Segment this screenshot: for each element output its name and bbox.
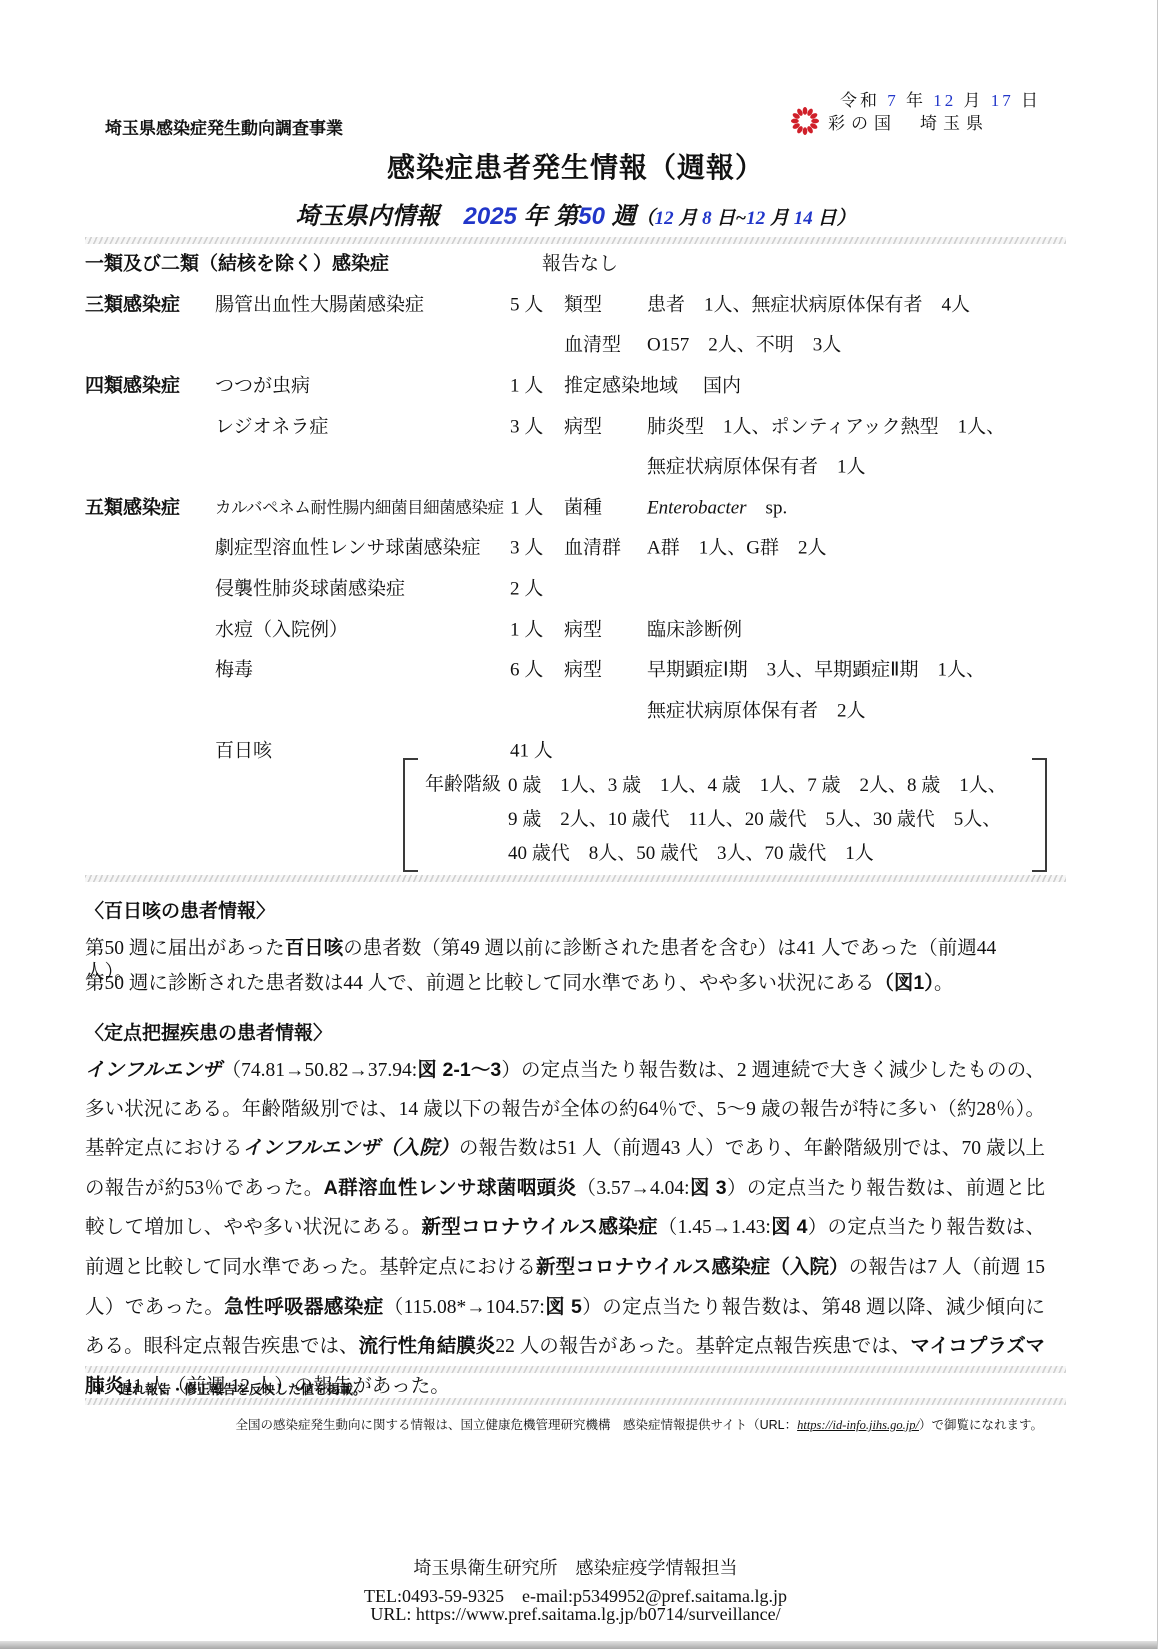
table-row: 侵襲性肺炎球菌感染症 2 人 bbox=[85, 567, 1065, 608]
text-seg: （115.08*→104.57: bbox=[384, 1297, 545, 1318]
type-label-cell: 類型 bbox=[564, 289, 602, 316]
subtitle-year-unit: 年 第 bbox=[517, 203, 578, 230]
count-cell: 6 人 bbox=[510, 655, 543, 682]
text-seg: （74.81→50.82→37.94: bbox=[222, 1060, 418, 1081]
disease-cell: つつが虫病 bbox=[215, 371, 310, 398]
subtitle-region: 埼玉県内情報 bbox=[296, 203, 464, 230]
text-seg: 22 人の報告があった。基幹定点報告疾患では、 bbox=[495, 1336, 910, 1357]
period-seg: 日~ bbox=[712, 208, 747, 229]
disease-cell: 水痘（入院例） bbox=[215, 614, 348, 641]
detail-cell: 臨床診断例 bbox=[647, 614, 742, 641]
table-row: 一類及び二類（結核を除く）感染症 報告なし bbox=[85, 242, 1065, 283]
count-cell: 1 人 bbox=[510, 371, 543, 398]
disease-cell: 腸管出血性大腸菌感染症 bbox=[215, 289, 424, 316]
table-row: 劇症型溶血性レンサ球菌感染症 3 人 血清群 A群 1人、G群 2人 bbox=[85, 526, 1065, 567]
count-cell: 報告なし bbox=[542, 249, 618, 276]
period-seg: 8 bbox=[702, 208, 712, 229]
text-seg: ）で御覧になれます。 bbox=[919, 1418, 1043, 1432]
disease-cell: カルバペネム耐性腸内細菌目細菌感染症 bbox=[215, 494, 504, 518]
figure-ref: 図 5 bbox=[545, 1296, 582, 1318]
count-cell: 3 人 bbox=[510, 411, 543, 438]
age-class-lines: 0 歳 1人、3 歳 1人、4 歳 1人、7 歳 2人、8 歳 1人、 9 歳 … bbox=[508, 769, 1007, 871]
disease-name: 急性呼吸器感染症 bbox=[224, 1296, 383, 1318]
table-row: 無症状病原体保有者 2人 bbox=[85, 689, 1065, 730]
detail-cell: 無症状病原体保有者 1人 bbox=[647, 452, 866, 479]
category-cell: 四類感染症 bbox=[85, 371, 180, 398]
detail-cell: Enterobacter sp. bbox=[647, 492, 787, 519]
count-cell: 2 人 bbox=[510, 574, 543, 601]
type-label-cell: 菌種 bbox=[564, 492, 602, 519]
sentinel-paragraph: インフルエンザ（74.81→50.82→37.94:図 2-1～3）の定点当たり… bbox=[85, 1051, 1045, 1406]
notifiable-disease-table: 一類及び二類（結核を除く）感染症 報告なし 三類感染症 腸管出血性大腸菌感染症 … bbox=[85, 242, 1065, 770]
species-name: Enterobacter bbox=[647, 497, 747, 518]
species-suffix: sp. bbox=[747, 497, 788, 518]
table-row: 梅毒 6 人 病型 早期顕症Ⅰ期 3人、早期顕症Ⅱ期 1人、 bbox=[85, 648, 1065, 689]
count-cell: 1 人 bbox=[510, 614, 543, 641]
asterisk-footnote: ＊ 遅れ報告・修正報告を反映した値を掲載。 bbox=[93, 1379, 366, 1398]
footer-url[interactable]: URL: https://www.pref.saitama.lg.jp/b071… bbox=[85, 1604, 1066, 1625]
period-seg: 日） bbox=[813, 208, 856, 229]
type-label-cell: 病型 bbox=[564, 614, 602, 641]
disease-cell: 侵襲性肺炎球菌感染症 bbox=[215, 574, 405, 601]
figure-ref: 図 2-1～3 bbox=[417, 1059, 501, 1081]
age-distribution-bracket: 年齢階級 0 歳 1人、3 歳 1人、4 歳 1人、7 歳 2人、8 歳 1人、… bbox=[403, 758, 1047, 872]
subtitle-week: 50 bbox=[578, 203, 605, 230]
disease-cell: レジオネラ症 bbox=[215, 411, 328, 438]
text-seg: 。 bbox=[934, 973, 954, 994]
text-seg: 第50 週に診断された患者数は44 人で、前週と比較して同水準であり、やや多い状… bbox=[85, 973, 874, 994]
category-cell: 一類及び二類（結核を除く）感染症 bbox=[85, 249, 389, 276]
detail-cell: 肺炎型 1人、ポンティアック熱型 1人、 bbox=[647, 411, 1005, 438]
period-seg: 14 bbox=[794, 208, 813, 229]
period-seg: 12 bbox=[655, 208, 674, 229]
pertussis-line-2: 第50 週に診断された患者数は44 人で、前週と比較して同水準であり、やや多い状… bbox=[85, 971, 1047, 996]
page-title: 感染症患者発生情報（週報） bbox=[85, 146, 1066, 186]
brand-text: 彩の国 埼玉県 bbox=[828, 109, 989, 134]
hatched-divider bbox=[85, 1398, 1066, 1405]
table-row: 血清型 O157 2人、不明 3人 bbox=[85, 323, 1065, 364]
disease-cell: 百日咳 bbox=[215, 736, 272, 763]
disease-name: インフルエンザ bbox=[85, 1059, 222, 1081]
text-seg: 全国の感染症発生動向に関する情報は、国立健康危機管理研究機構 感染症情報提供サイ… bbox=[235, 1418, 797, 1432]
figure-ref: 図 4 bbox=[771, 1216, 808, 1238]
table-row: 五類感染症 カルバペネム耐性腸内細菌目細菌感染症 1 人 菌種 Enteroba… bbox=[85, 486, 1065, 527]
text-seg: 第50 週に届出があった bbox=[85, 938, 285, 959]
disease-name: 流行性角結膜炎 bbox=[359, 1335, 496, 1357]
figure-ref: 図 3 bbox=[690, 1177, 727, 1199]
text-seg: （図1） bbox=[874, 972, 934, 994]
disease-name: 新型コロナウイルス感染症 bbox=[421, 1216, 657, 1238]
text-seg: 百日咳 bbox=[285, 937, 344, 959]
detail-cell: 国内 bbox=[703, 371, 741, 398]
type-label-cell: 推定感染地域 bbox=[564, 371, 678, 398]
flower-logo-icon bbox=[790, 106, 820, 136]
national-site-link[interactable]: https://id-info.jihs.go.jp/ bbox=[797, 1418, 919, 1432]
text-seg: （3.57→4.04: bbox=[576, 1178, 689, 1199]
age-class-label: 年齢階級 bbox=[425, 769, 501, 796]
sentinel-section-heading: 〈定点把握疾患の患者情報〉 bbox=[85, 1018, 332, 1045]
period-seg: 12 bbox=[746, 208, 765, 229]
type-label-cell: 血清型 bbox=[564, 330, 621, 357]
type-label-cell: 血清群 bbox=[564, 533, 621, 560]
period-seg: 月 bbox=[674, 208, 703, 229]
disease-name: 新型コロナウイルス感染症（入院） bbox=[536, 1256, 849, 1278]
type-label-cell: 病型 bbox=[564, 411, 602, 438]
table-row: 四類感染症 つつが虫病 1 人 推定感染地域 国内 bbox=[85, 364, 1065, 405]
table-row: 無症状病原体保有者 1人 bbox=[85, 445, 1065, 486]
subtitle-period: （12 月 8 日~12 月 14 日） bbox=[636, 208, 856, 229]
hatched-divider bbox=[85, 875, 1066, 882]
detail-cell: 早期顕症Ⅰ期 3人、早期顕症Ⅱ期 1人、 bbox=[647, 655, 985, 682]
prefecture-brand: 彩の国 埼玉県 bbox=[790, 106, 1041, 136]
detail-cell: 無症状病原体保有者 2人 bbox=[647, 695, 866, 722]
table-row: 三類感染症 腸管出血性大腸菌感染症 5 人 類型 患者 1人、無症状病原体保有者… bbox=[85, 283, 1065, 324]
period-seg: 月 bbox=[765, 208, 794, 229]
text-seg: （1.45→1.43: bbox=[658, 1217, 771, 1238]
project-name: 埼玉県感染症発生動向調査事業 bbox=[105, 114, 343, 139]
page-subtitle: 埼玉県内情報 2025 年 第50 週（12 月 8 日~12 月 14 日） bbox=[85, 196, 1066, 231]
subtitle-week-unit: 週 bbox=[605, 203, 636, 230]
national-info-note: 全国の感染症発生動向に関する情報は、国立健康危機管理研究機構 感染症情報提供サイ… bbox=[85, 1415, 1043, 1433]
table-row: 水痘（入院例） 1 人 病型 臨床診断例 bbox=[85, 607, 1065, 648]
footer-org: 埼玉県衛生研究所 感染症疫学情報担当 bbox=[85, 1554, 1066, 1580]
count-cell: 3 人 bbox=[510, 533, 543, 560]
detail-cell: O157 2人、不明 3人 bbox=[647, 330, 841, 357]
table-row: レジオネラ症 3 人 病型 肺炎型 1人、ポンティアック熱型 1人、 bbox=[85, 404, 1065, 445]
subtitle-year: 2025 bbox=[464, 203, 517, 230]
age-line: 9 歳 2人、10 歳代 11人、20 歳代 5人、30 歳代 5人、 bbox=[508, 803, 1007, 837]
disease-cell: 梅毒 bbox=[215, 655, 253, 682]
hatched-divider bbox=[85, 1366, 1066, 1373]
disease-name: A群溶血性レンサ球菌咽頭炎 bbox=[324, 1177, 577, 1199]
count-cell: 1 人 bbox=[510, 492, 543, 519]
disease-name: インフルエンザ（入院） bbox=[243, 1137, 459, 1159]
detail-cell: A群 1人、G群 2人 bbox=[647, 533, 826, 560]
disease-cell: 劇症型溶血性レンサ球菌感染症 bbox=[215, 533, 481, 560]
category-cell: 三類感染症 bbox=[85, 289, 180, 316]
detail-cell: 患者 1人、無症状病原体保有者 4人 bbox=[647, 289, 970, 316]
period-seg: （ bbox=[636, 208, 655, 229]
category-cell: 五類感染症 bbox=[85, 492, 180, 519]
pertussis-section-heading: 〈百日咳の患者情報〉 bbox=[85, 896, 275, 923]
page-bottom-bar bbox=[0, 1641, 1157, 1649]
count-cell: 5 人 bbox=[510, 289, 543, 316]
type-label-cell: 病型 bbox=[564, 655, 602, 682]
age-line: 40 歳代 8人、50 歳代 3人、70 歳代 1人 bbox=[508, 837, 1007, 871]
weekly-infectious-disease-report-page: 令和 7 年 12 月 17 日 埼玉県感染症発生動向調査事業 彩の国 埼玉県 … bbox=[0, 0, 1158, 1649]
age-line: 0 歳 1人、3 歳 1人、4 歳 1人、7 歳 2人、8 歳 1人、 bbox=[508, 769, 1007, 803]
